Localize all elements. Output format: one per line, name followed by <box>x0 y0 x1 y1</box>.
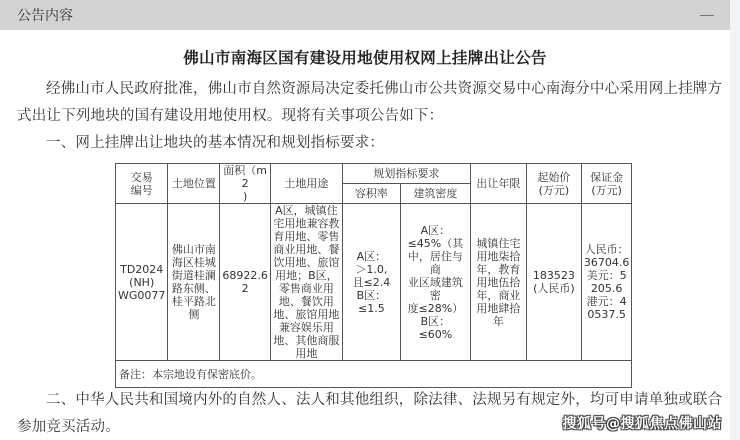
land-parcel-table: 交易 编号 土地位置 面积（m 2 ) 土地用途 规划指标要求 出让年限 起始价… <box>115 163 632 388</box>
panel-header: 公告内容 <box>0 0 730 30</box>
paragraph-intro-line1: 经佛山市人民政府批准，佛山市自然资源局决定委托佛山市公共资源交易中心南海分中心采… <box>46 77 722 98</box>
header-deposit: 保证金 (万元) <box>581 164 632 204</box>
header-planning: 规划指标要求 <box>342 164 470 184</box>
paragraph-intro-line2: 式出让下列地块的国有建设用地使用权。现将有关事项公告如下： <box>17 104 443 125</box>
header-start-price: 起始价 (万元) <box>526 164 581 204</box>
cell-location: 佛山市南 海区桂城 街道桂澜 路东侧、 桂平路北 侧 <box>168 204 220 361</box>
header-trade-no: 交易 编号 <box>116 164 168 204</box>
table-note-row: 备注：本宗地设有保密底价。 <box>116 361 632 388</box>
cell-term: 城镇住宅 用地柒拾 年，教育 用地伍拾 年，商业 用地肆拾 年 <box>470 204 526 361</box>
section1-heading: 一、网上挂牌出让地块的基本情况和规划指标要求： <box>46 131 384 152</box>
header-plot-ratio: 容积率 <box>342 184 400 204</box>
cell-building-density: A区： ≤45%（其 中，居住与商 业区域建筑密 度≤28%） B区： ≤60% <box>400 204 470 361</box>
cell-start-price: 183523 (人民币) <box>526 204 581 361</box>
minus-icon[interactable] <box>700 15 714 16</box>
paragraph-eligibility-line1: 二、中华人民共和国境内外的自然人、法人和其他组织，除法律、法规另有规定外，均可申… <box>46 388 722 409</box>
paragraph-eligibility-line2: 参加竞买活动。 <box>17 415 120 436</box>
cell-land-use: A区，城镇住 宅用地兼容教 育用地、零售 商业用地、餐 饮用地、旅馆 用地；B区… <box>270 204 342 361</box>
cell-area: 68922.6 2 <box>220 204 271 361</box>
source-watermark: 搜狐号@搜狐焦点佛山站 <box>563 413 723 433</box>
table-note: 备注：本宗地设有保密底价。 <box>116 361 632 388</box>
cell-plot-ratio: A区： ＞1.0, 且≤2.4 B区：≤1.5 <box>342 204 400 361</box>
header-area: 面积（m 2 ) <box>220 164 271 204</box>
cell-deposit: 人民币： 36704.6 美元：5 205.6 港元：4 0537.5 <box>581 204 632 361</box>
header-term: 出让年限 <box>470 164 526 204</box>
document-title: 佛山市南海区国有建设用地使用权网上挂牌出让公告 <box>0 46 730 68</box>
table-row: TD2024 (NH) WG0077 佛山市南 海区桂城 街道桂澜 路东侧、 桂… <box>116 204 632 361</box>
announcement-panel: 公告内容 佛山市南海区国有建设用地使用权网上挂牌出让公告 经佛山市人民政府批准，… <box>0 0 730 440</box>
table-header-row: 交易 编号 土地位置 面积（m 2 ) 土地用途 规划指标要求 出让年限 起始价… <box>116 164 632 184</box>
header-land-use: 土地用途 <box>270 164 342 204</box>
cell-trade-no: TD2024 (NH) WG0077 <box>116 204 168 361</box>
header-building-density: 建筑密度 <box>400 184 470 204</box>
header-location: 土地位置 <box>168 164 220 204</box>
panel-header-title: 公告内容 <box>17 5 73 25</box>
